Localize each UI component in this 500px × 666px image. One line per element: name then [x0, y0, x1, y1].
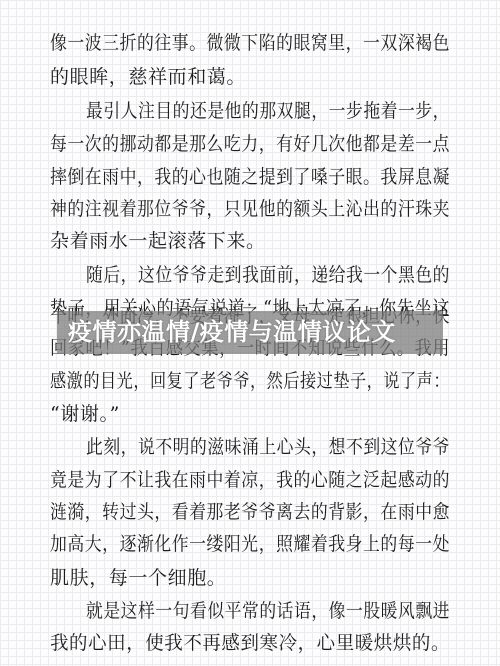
- essay-paragraph-start: 就是这样一句看似平常的话语，像一股暖风飘进: [50, 596, 450, 626]
- essay-line: 杂着雨水一起滚落下来。: [50, 226, 450, 256]
- essay-paragraph-start: 最引人注目的还是他的那双腿，一步拖着一步，: [50, 96, 450, 126]
- essay-line: 肌肤，每一个细胞。: [50, 563, 450, 593]
- essay-line: 摔倒在雨中，我的心也随之提到了嗓子眼。我屏息凝: [50, 162, 450, 192]
- essay-line: 神的注视着那位爷爷，只见他的额头上沁出的汗珠夹: [50, 194, 450, 224]
- essay-line: 竟是为了不让我在雨中着凉，我的心随之泛起感动的: [50, 465, 450, 495]
- essay-line: 的眼眸，慈祥而和蔼。: [50, 62, 450, 92]
- essay-line: 我的心田，使我不再感到寒冷，心里暖烘烘的。: [50, 628, 450, 658]
- essay-line: 像一波三折的往事。微微下陷的眼窝里，一双深褐色: [50, 28, 450, 58]
- essay-line: 感激的目光，回复了老爷爷，然后接过垫子，说了声：: [50, 366, 450, 396]
- essay-paragraph-start: 随后，这位爷爷走到我面前，递给我一个黑色的: [50, 260, 450, 290]
- essay-line: “谢谢。”: [50, 399, 450, 429]
- essay-line: 每一次的挪动都是那么吃力，有好几次他都是差一点: [50, 129, 450, 159]
- overlay-title: 疫情亦温情/疫情与温情议论文: [68, 311, 396, 354]
- essay-line: 涟漪，转过头，看着那老爷爷离去的背影，在雨中愈: [50, 497, 450, 527]
- essay-paragraph-start: 此刻，说不明的滋味涌上心头，想不到这位爷爷: [50, 432, 450, 462]
- essay-line: 加高大，逐渐化作一缕阳光，照耀着我身上的每一处: [50, 529, 450, 559]
